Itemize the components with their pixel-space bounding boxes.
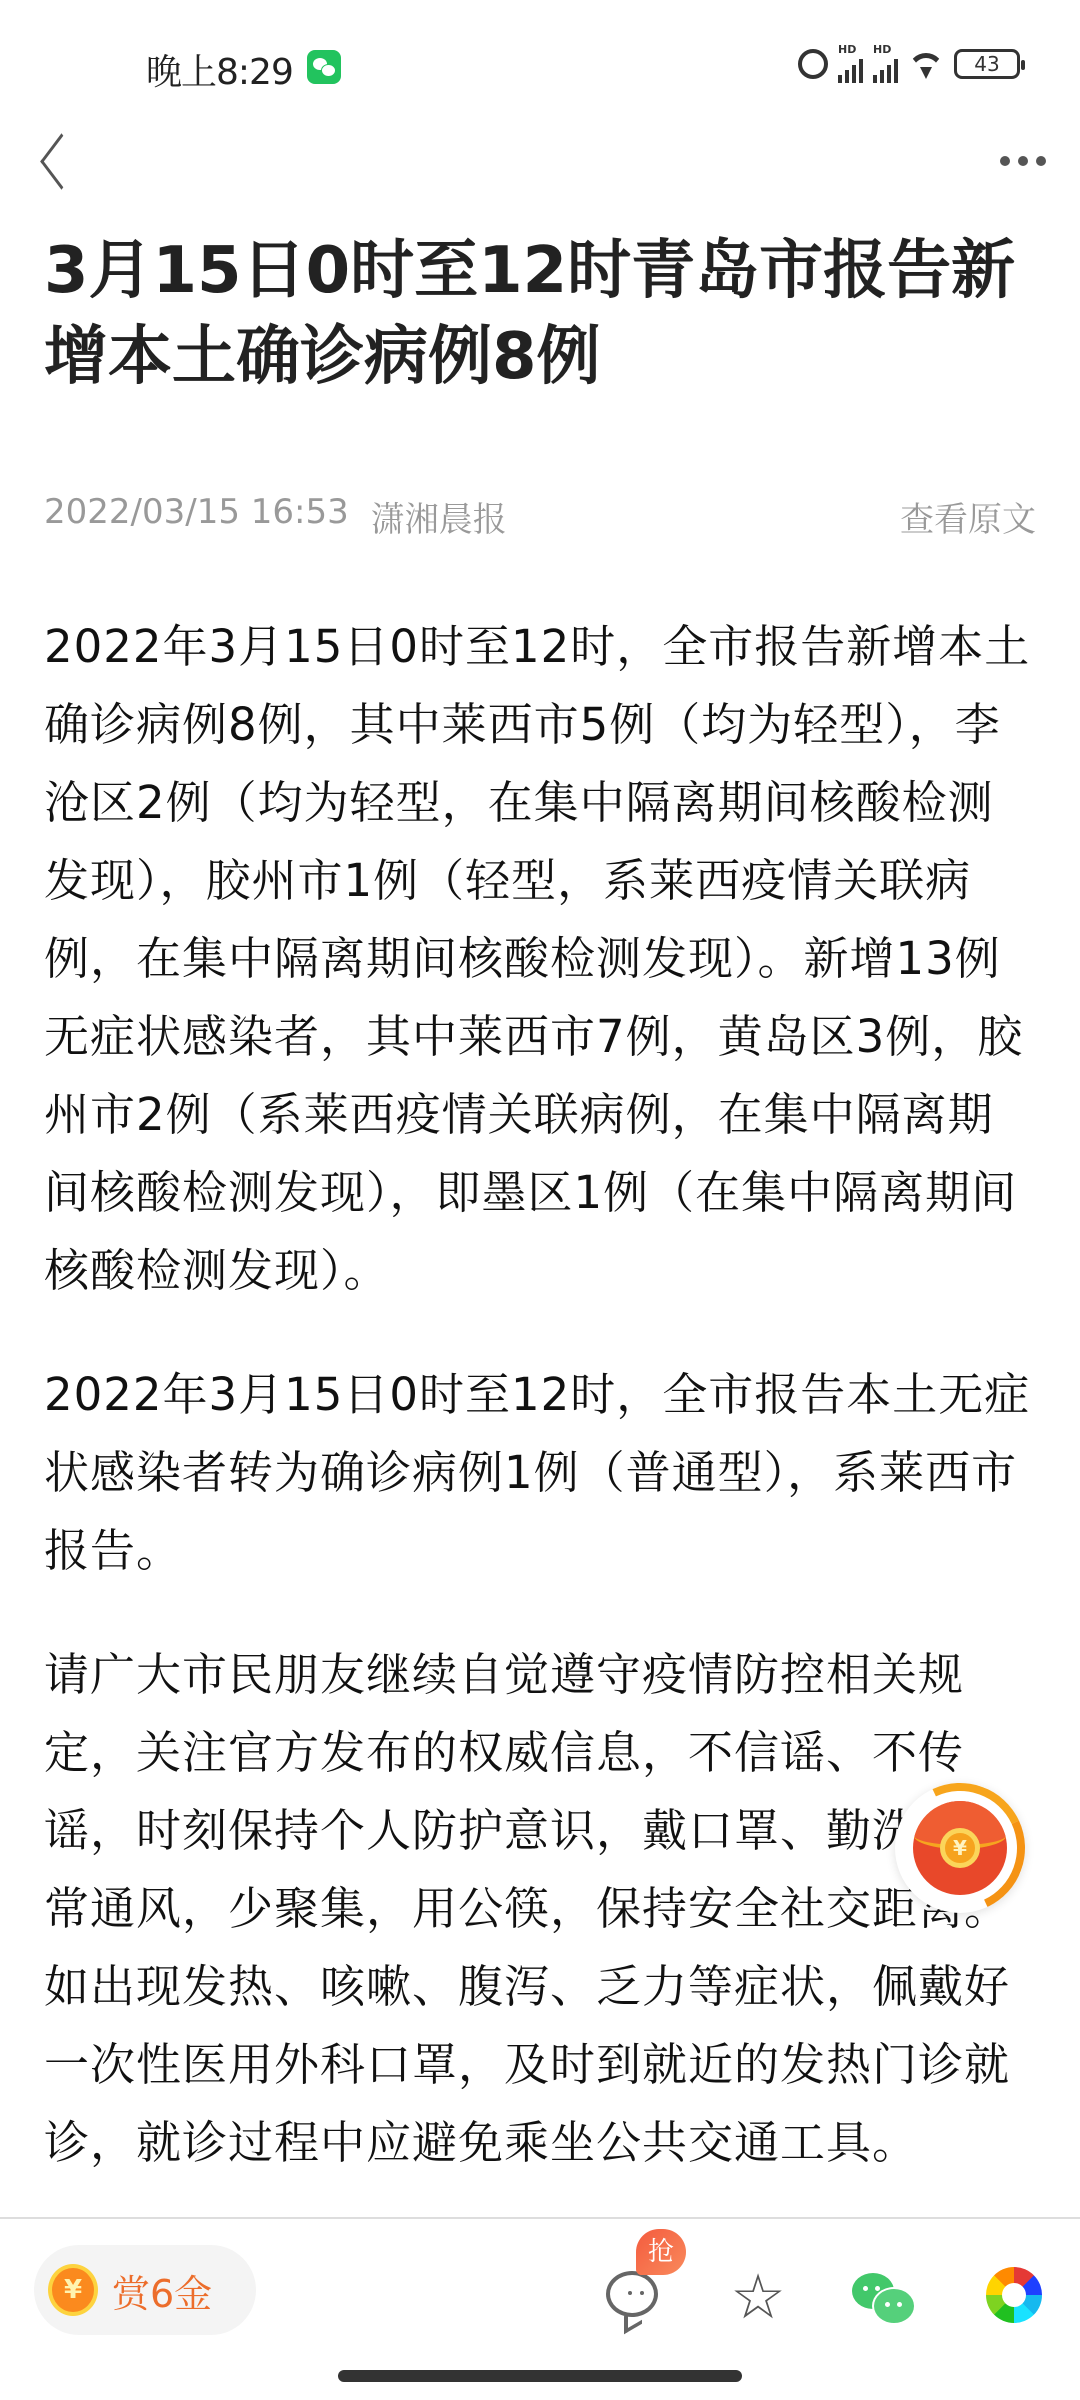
comment-icon[interactable] (604, 2267, 664, 2327)
status-bar: 晚上8:29 HD HD 43 (0, 0, 1080, 130)
wifi-icon (908, 49, 944, 79)
status-time: 晚上8:29 (146, 44, 293, 95)
top-nav (0, 130, 1080, 192)
publish-datetime: 2022/03/15 16:53 (44, 492, 349, 541)
article-meta: 2022/03/15 16:53 潇湘晨报 查看原文 (44, 492, 1036, 541)
article-source[interactable]: 潇湘晨报 (371, 492, 507, 541)
reward-label: 赏6金 (112, 2263, 212, 2318)
signal-icon-2: HD (873, 45, 898, 83)
moments-share-icon[interactable] (986, 2267, 1046, 2327)
article-paragraph: 2022年3月15日0时至12时，全市报告新增本土确诊病例8例，其中莱西市5例（… (44, 608, 1038, 1310)
coin-icon: ¥ (940, 1828, 980, 1868)
coin-icon: ¥ (48, 2264, 98, 2316)
favorite-star-icon[interactable]: ☆ (728, 2267, 788, 2327)
comment-badge: 抢 (636, 2229, 686, 2275)
article-paragraph: 2022年3月15日0时至12时，全市报告本土无症状感染者转为确诊病例1例（普通… (44, 1356, 1038, 1590)
article-body: 2022年3月15日0时至12时，全市报告新增本土确诊病例8例，其中莱西市5例（… (44, 608, 1038, 2228)
status-icons: HD HD 43 (798, 44, 1020, 84)
alarm-icon (798, 49, 828, 79)
wechat-share-icon[interactable] (852, 2267, 912, 2327)
red-envelope-float-button[interactable]: ¥ (895, 1783, 1025, 1913)
wechat-notification-icon (307, 50, 341, 84)
article-title: 3月15日0时至12时青岛市报告新增本土确诊病例8例 (44, 228, 1044, 400)
article-paragraph: 请广大市民朋友继续自觉遵守疫情防控相关规定，关注官方发布的权威信息，不信谣、不传… (44, 1636, 1038, 2182)
red-envelope-icon: ¥ (913, 1801, 1007, 1895)
more-dots-icon[interactable] (1000, 156, 1046, 166)
battery-icon: 43 (954, 49, 1020, 79)
view-original-link[interactable]: 查看原文 (900, 492, 1036, 541)
signal-icon-1: HD (838, 45, 863, 83)
home-indicator[interactable] (338, 2370, 742, 2382)
reward-button[interactable]: ¥ 赏6金 (34, 2245, 256, 2335)
back-chevron-icon[interactable] (34, 136, 74, 186)
